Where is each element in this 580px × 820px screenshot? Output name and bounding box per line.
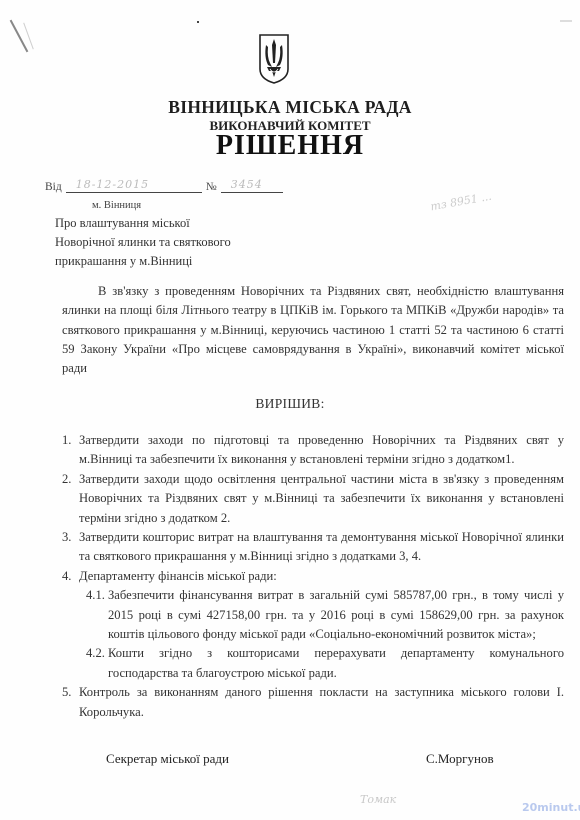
decision-list: 1. Затвердити заходи по підготовці та пр… bbox=[62, 431, 564, 722]
list-item-text: Затвердити заходи щодо освітлення центра… bbox=[79, 472, 564, 525]
list-item-number: 4. bbox=[62, 567, 71, 586]
watermark-logo: 20minut.ua bbox=[522, 801, 580, 814]
subject: Про влаштування міської Новорічної ялинк… bbox=[55, 214, 231, 271]
handwritten-initials: Томак bbox=[360, 793, 396, 806]
list-item-text: Затвердити заходи по підготовці та прове… bbox=[79, 433, 564, 466]
list-item: 3. Затвердити кошторис витрат на влаштув… bbox=[62, 528, 564, 567]
list-item-text: Контроль за виконанням даного рішення по… bbox=[79, 685, 564, 718]
number-field: 3454 bbox=[221, 178, 283, 193]
sub-item-text: Забезпечити фінансування витрат в загаль… bbox=[108, 588, 564, 641]
scan-speck bbox=[197, 21, 199, 23]
list-item: 5. Контроль за виконанням даного рішення… bbox=[62, 683, 564, 722]
list-item: 4. Департаменту фінансів міської ради: bbox=[62, 567, 564, 586]
handwritten-date: 18-12-2015 bbox=[76, 178, 149, 191]
list-item-number: 2. bbox=[62, 470, 71, 489]
registration-stamp-mark: тз 8951 ... bbox=[429, 190, 492, 214]
list-item-text: Затвердити кошторис витрат на влаштуванн… bbox=[79, 530, 564, 563]
date-number-row: Від 18-12-2015 № 3454 bbox=[45, 178, 283, 193]
signer-name: С.Моргунов bbox=[426, 751, 494, 767]
subject-line: прикрашання у м.Вінниці bbox=[55, 252, 231, 271]
list-item-number: 3. bbox=[62, 528, 71, 547]
document-title: РІШЕННЯ bbox=[0, 130, 580, 162]
list-item: 2. Затвердити заходи щодо освітлення цен… bbox=[62, 470, 564, 528]
sub-item-number: 4.2. bbox=[86, 644, 105, 663]
list-item-number: 1. bbox=[62, 431, 71, 450]
pen-mark bbox=[10, 20, 29, 53]
sub-list-item: 4.1. Забезпечити фінансування витрат в з… bbox=[62, 586, 564, 644]
subject-line: Новорічної ялинки та святкового bbox=[55, 233, 231, 252]
list-item-number: 5. bbox=[62, 683, 71, 702]
date-field: 18-12-2015 bbox=[66, 178, 202, 193]
city: м. Вінниця bbox=[92, 200, 141, 211]
council-name: ВІННИЦЬКА МІСЬКА РАДА bbox=[0, 97, 580, 118]
date-label: Від bbox=[45, 181, 62, 193]
subject-line: Про влаштування міської bbox=[55, 214, 231, 233]
list-item-text: Департаменту фінансів міської ради: bbox=[79, 569, 277, 583]
preamble-paragraph: В зв'язку з проведенням Новорічних та Рі… bbox=[62, 282, 564, 378]
number-label: № bbox=[206, 181, 217, 193]
list-item: 1. Затвердити заходи по підготовці та пр… bbox=[62, 431, 564, 470]
document-page: ВІННИЦЬКА МІСЬКА РАДА ВИКОНАВЧИЙ КОМІТЕТ… bbox=[0, 0, 580, 820]
handwritten-number: 3454 bbox=[231, 178, 263, 191]
scan-speck bbox=[560, 20, 572, 22]
sub-item-number: 4.1. bbox=[86, 586, 105, 605]
resolved-heading: ВИРІШИВ: bbox=[0, 396, 580, 412]
sub-list-item: 4.2. Кошти згідно з кошторисами перераху… bbox=[62, 644, 564, 683]
sub-item-text: Кошти згідно з кошторисами перерахувати … bbox=[108, 646, 564, 679]
trident-coat-of-arms-icon bbox=[258, 33, 290, 85]
signer-title: Секретар міської ради bbox=[106, 751, 229, 767]
